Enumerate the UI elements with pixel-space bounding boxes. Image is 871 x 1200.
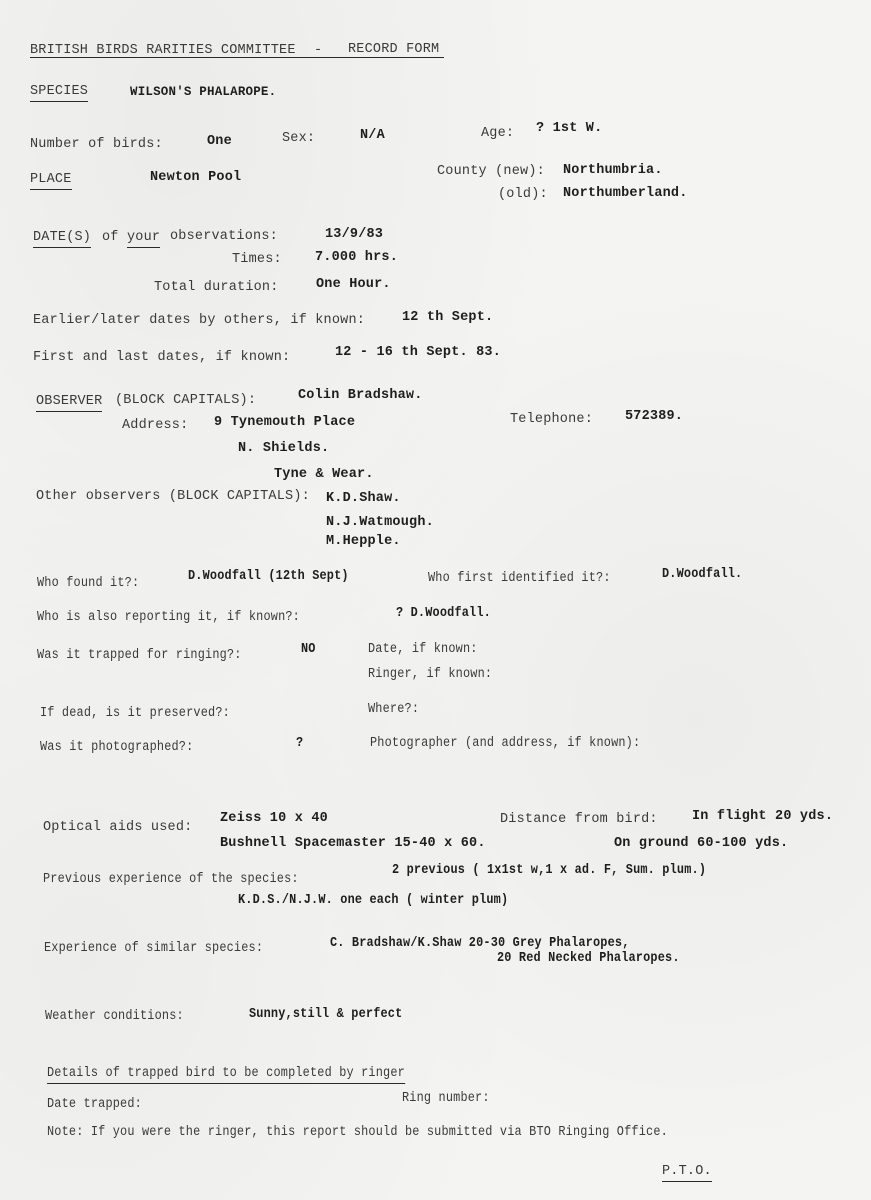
dates-by-others-label: Earlier/later dates by others, if known: xyxy=(33,313,365,329)
county-new-value: Northumbria. xyxy=(563,163,663,179)
other-observer-3: M.Hepple. xyxy=(326,534,401,550)
form-title-right: RECORD FORM xyxy=(348,42,439,58)
trapped-label: Was it trapped for ringing?: xyxy=(37,648,242,664)
duration-label: Total duration: xyxy=(154,280,279,296)
dead-preserved-label: If dead, is it preserved?: xyxy=(40,706,230,722)
age-value: ? 1st W. xyxy=(536,121,602,137)
distance-ground-value: On ground 60-100 yds. xyxy=(614,836,788,852)
duration-value: One Hour. xyxy=(316,277,391,293)
dates-by-others-value: 12 th Sept. xyxy=(402,310,493,326)
optical-aid-1: Zeiss 10 x 40 xyxy=(220,811,328,827)
observer-label: OBSERVER xyxy=(36,394,102,412)
first-last-dates-value: 12 - 16 th Sept. 83. xyxy=(335,345,501,361)
address-label: Address: xyxy=(122,418,188,434)
address-line-3: Tyne & Wear. xyxy=(274,467,374,483)
sex-label: Sex: xyxy=(282,131,315,147)
number-of-birds-value: One xyxy=(207,134,232,150)
who-identified-value: D.Woodfall. xyxy=(662,567,742,583)
weather-label: Weather conditions: xyxy=(45,1009,184,1025)
record-form-page: BRITISH BIRDS RARITIES COMMITTEE - RECOR… xyxy=(0,0,871,1200)
sex-value: N/A xyxy=(360,128,385,144)
observation-date-value: 13/9/83 xyxy=(325,227,383,243)
previous-experience-label: Previous experience of the species: xyxy=(43,872,299,888)
who-found-label: Who found it?: xyxy=(37,576,139,592)
similar-experience-label: Experience of similar species: xyxy=(44,941,263,957)
observer-label-suffix: (BLOCK CAPITALS): xyxy=(115,393,256,409)
similar-experience-value: C. Bradshaw/K.Shaw 20-30 Grey Phalaropes… xyxy=(330,936,630,952)
telephone-value: 572389. xyxy=(625,409,683,425)
telephone-label: Telephone: xyxy=(510,412,593,428)
previous-experience-value: 2 previous ( 1x1st w,1 x ad. F, Sum. plu… xyxy=(392,863,706,879)
who-found-value: D.Woodfall (12th Sept) xyxy=(188,569,349,585)
address-line-2: N. Shields. xyxy=(238,441,329,457)
also-reporting-value: ? D.Woodfall. xyxy=(396,606,491,622)
trapped-value: NO xyxy=(301,642,316,658)
county-old-label: (old): xyxy=(498,187,548,203)
previous-experience-value-2: K.D.S./N.J.W. one each ( winter plum) xyxy=(238,893,508,909)
other-observer-2: N.J.Watmough. xyxy=(326,515,434,531)
times-label: Times: xyxy=(232,252,282,268)
first-last-dates-label: First and last dates, if known: xyxy=(33,350,290,366)
similar-experience-value-2: 20 Red Necked Phalaropes. xyxy=(497,951,680,967)
also-reporting-label: Who is also reporting it, if known?: xyxy=(37,610,300,626)
date-if-known-label: Date, if known: xyxy=(368,642,478,658)
species-label: SPECIES xyxy=(30,84,88,102)
dates-your-label: your xyxy=(127,230,160,248)
photographer-label: Photographer (and address, if known): xyxy=(370,736,640,752)
where-label: Where?: xyxy=(368,702,419,718)
number-of-birds-label: Number of birds: xyxy=(30,137,163,153)
date-trapped-label: Date trapped: xyxy=(47,1097,142,1113)
address-line-1: 9 Tynemouth Place xyxy=(214,415,355,431)
place-label: PLACE xyxy=(30,172,72,190)
weather-value: Sunny,still & perfect xyxy=(249,1007,402,1023)
times-value: 7.000 hrs. xyxy=(315,250,398,266)
age-label: Age: xyxy=(481,126,514,142)
place-value: Newton Pool xyxy=(150,170,241,186)
distance-label: Distance from bird: xyxy=(500,812,658,828)
distance-flight-value: In flight 20 yds. xyxy=(692,809,833,825)
ring-number-label: Ring number: xyxy=(402,1091,490,1107)
optical-aid-2: Bushnell Spacemaster 15-40 x 60. xyxy=(220,836,486,852)
photographed-label: Was it photographed?: xyxy=(40,740,193,756)
ringer-note: Note: If you were the ringer, this repor… xyxy=(47,1125,668,1141)
county-old-value: Northumberland. xyxy=(563,186,688,202)
other-observer-1: K.D.Shaw. xyxy=(326,491,401,507)
title-underline xyxy=(30,57,444,58)
photographed-value: ? xyxy=(296,736,303,752)
dates-observations-label: observations: xyxy=(170,229,278,245)
other-observers-label: Other observers (BLOCK CAPITALS): xyxy=(36,489,310,505)
species-value: WILSON'S PHALAROPE. xyxy=(130,84,276,100)
who-identified-label: Who first identified it?: xyxy=(428,571,611,587)
dates-of-label: of xyxy=(102,230,119,246)
ringer-if-known-label: Ringer, if known: xyxy=(368,667,492,683)
ringer-section-heading: Details of trapped bird to be completed … xyxy=(47,1066,405,1084)
observer-value: Colin Bradshaw. xyxy=(298,388,423,404)
pto-label: P.T.O. xyxy=(662,1164,712,1182)
optical-aids-label: Optical aids used: xyxy=(43,820,192,836)
dates-label: DATE(S) xyxy=(33,230,91,248)
county-new-label: County (new): xyxy=(437,164,545,180)
